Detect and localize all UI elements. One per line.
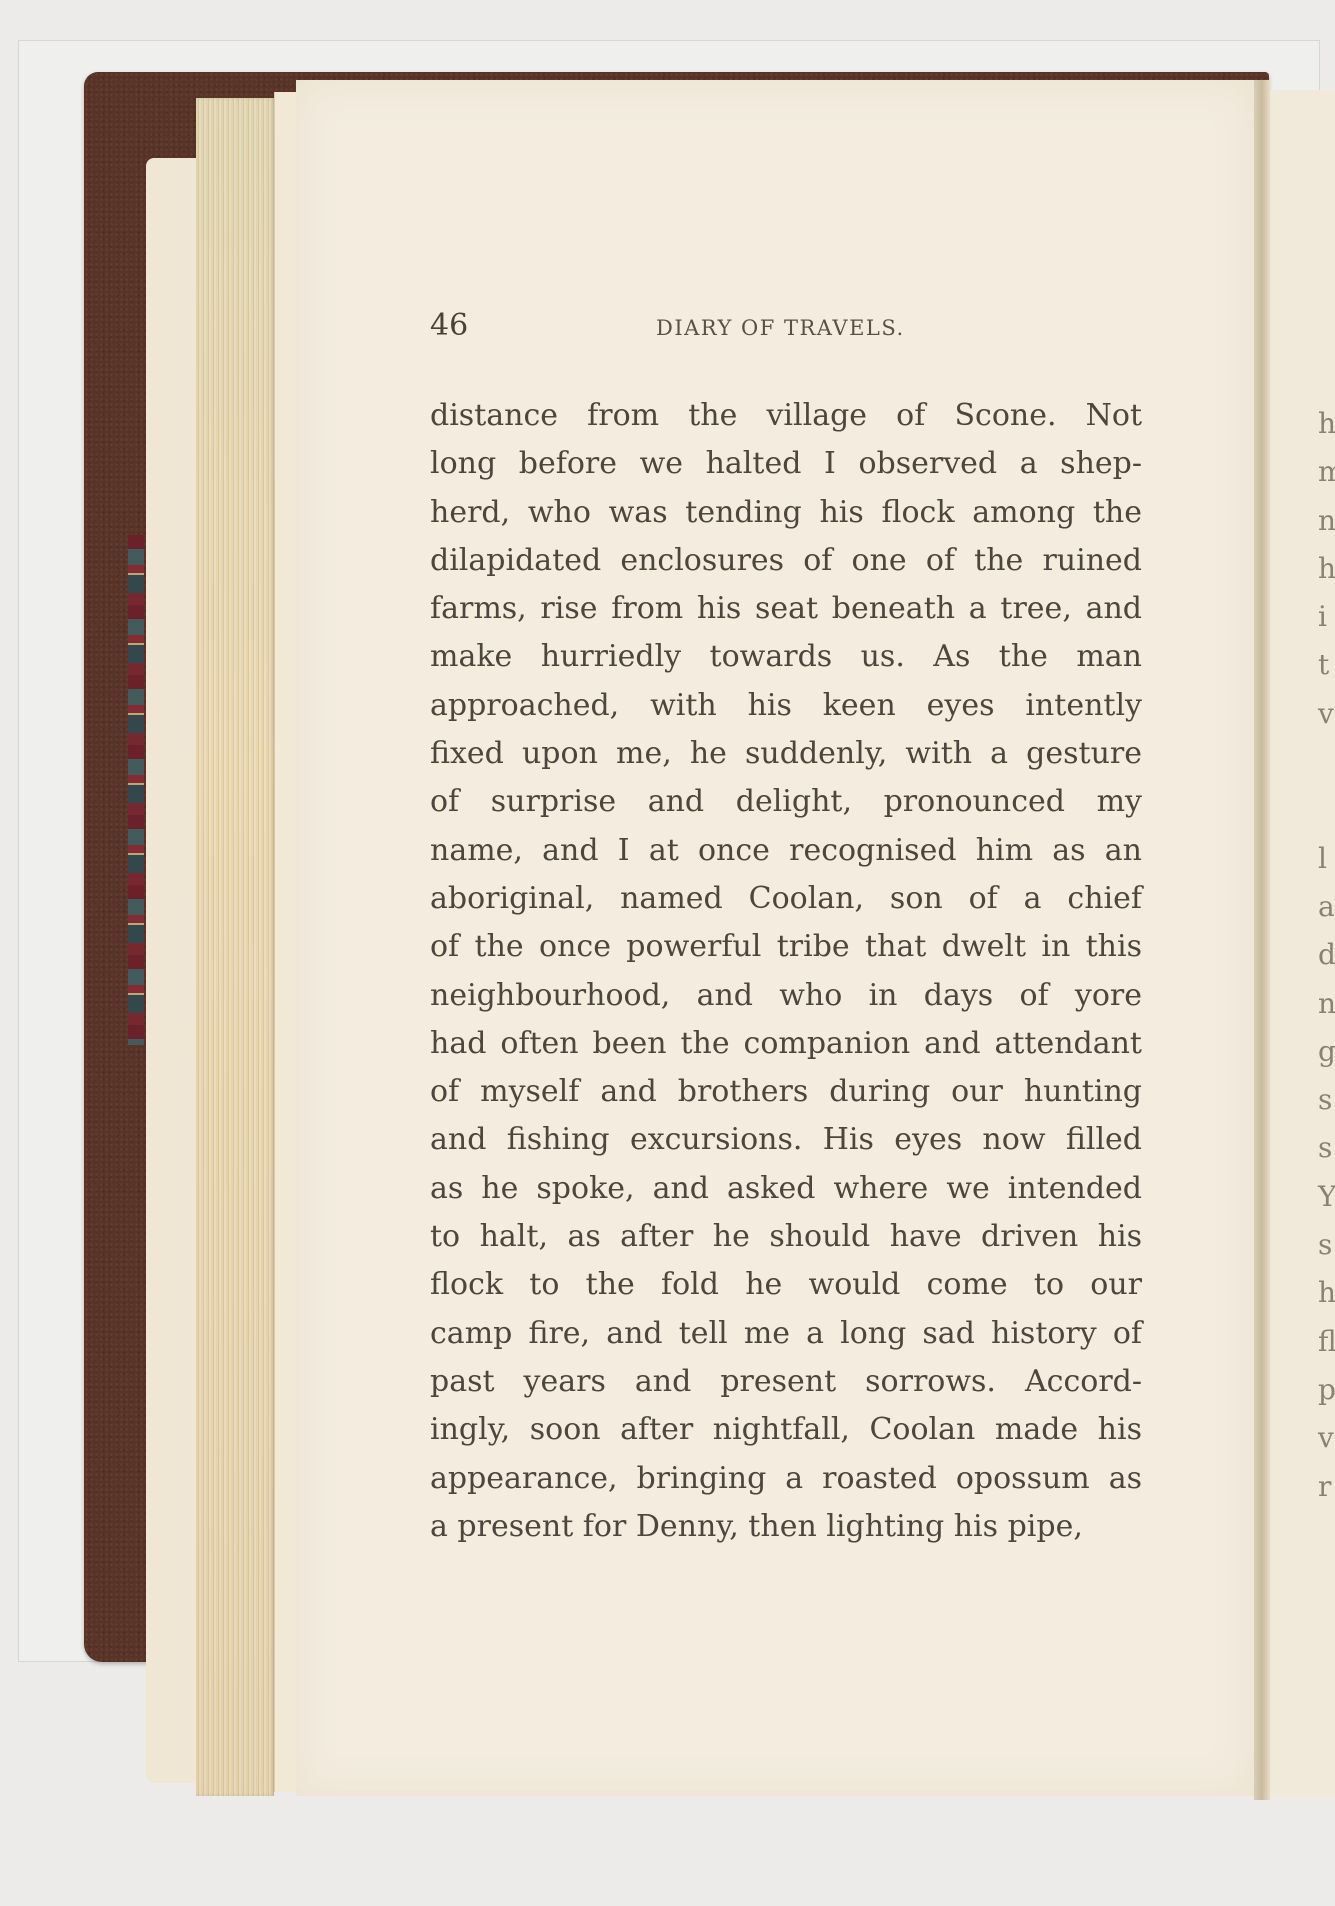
- page-number: 46: [430, 308, 468, 343]
- text-fragment: [1318, 786, 1335, 834]
- text-fragment: p: [1318, 1366, 1335, 1414]
- text-fragment: d: [1318, 931, 1335, 979]
- text-line: and fishing excursions. His eyes now fil…: [430, 1116, 1142, 1164]
- text-fragment: s: [1318, 1124, 1335, 1172]
- text-fragment: [1318, 738, 1335, 786]
- text-fragment: s: [1318, 1076, 1335, 1124]
- text-line: herd, who was tending his flock among th…: [430, 489, 1142, 537]
- text-line: aboriginal, named Coolan, son of a chief: [430, 875, 1142, 923]
- facing-page-text-fragments: h m n h i t v l a d n g s s Y s h fl p v…: [1318, 400, 1335, 1511]
- text-line: a present for Denny, then lighting his p…: [430, 1503, 1142, 1551]
- marbled-endpaper-strip: [128, 535, 144, 1045]
- text-line: flock to the fold he would come to our: [430, 1261, 1142, 1309]
- text-line: past years and present sorrows. Accord-: [430, 1358, 1142, 1406]
- text-fragment: i: [1318, 593, 1335, 641]
- text-line: of myself and brothers during our huntin…: [430, 1068, 1142, 1116]
- text-line: fixed upon me, he suddenly, with a gestu…: [430, 730, 1142, 778]
- text-fragment: h: [1318, 545, 1335, 593]
- text-line: had often been the companion and attenda…: [430, 1020, 1142, 1068]
- text-fragment: n: [1318, 497, 1335, 545]
- text-line: long before we halted I observed a shep-: [430, 440, 1142, 488]
- flyleaf: [274, 92, 297, 1792]
- text-line: approached, with his keen eyes intently: [430, 682, 1142, 730]
- text-fragment: g: [1318, 1028, 1335, 1076]
- text-fragment: n: [1318, 980, 1335, 1028]
- text-line: of surprise and delight, pronounced my: [430, 778, 1142, 826]
- text-fragment: a: [1318, 883, 1335, 931]
- text-line: to halt, as after he should have driven …: [430, 1213, 1142, 1261]
- text-fragment: fl: [1318, 1318, 1335, 1366]
- text-fragment: h: [1318, 400, 1335, 448]
- running-head: 46 DIARY OF TRAVELS.: [430, 308, 1150, 348]
- running-head-title: DIARY OF TRAVELS.: [656, 316, 905, 340]
- body-text: distance from the village of Scone. Not …: [430, 392, 1142, 1551]
- text-line: camp fire, and tell me a long sad histor…: [430, 1310, 1142, 1358]
- text-line: name, and I at once recognised him as an: [430, 827, 1142, 875]
- text-fragment: Y: [1318, 1173, 1335, 1221]
- text-fragment: h: [1318, 1269, 1335, 1317]
- text-line: as he spoke, and asked where we intended: [430, 1165, 1142, 1213]
- text-line: dilapidated enclosures of one of the rui…: [430, 537, 1142, 585]
- text-fragment: v: [1318, 1414, 1335, 1462]
- text-fragment: t: [1318, 641, 1335, 689]
- text-fragment: m: [1318, 448, 1335, 496]
- text-line: of the once powerful tribe that dwelt in…: [430, 923, 1142, 971]
- text-line: neighbourhood, and who in days of yore: [430, 972, 1142, 1020]
- text-line: make hurriedly towards us. As the man: [430, 633, 1142, 681]
- text-line: ingly, soon after nightfall, Coolan made…: [430, 1406, 1142, 1454]
- book-gutter: [1254, 80, 1270, 1800]
- text-line: appearance, bringing a roasted opossum a…: [430, 1455, 1142, 1503]
- text-line: distance from the village of Scone. Not: [430, 392, 1142, 440]
- text-fragment: r: [1318, 1463, 1335, 1511]
- text-fragment: v: [1318, 690, 1335, 738]
- text-fragment: l: [1318, 835, 1335, 883]
- text-fragment: s: [1318, 1221, 1335, 1269]
- text-line: farms, rise from his seat beneath a tree…: [430, 585, 1142, 633]
- endpaper: [146, 158, 202, 1783]
- page-edges: [196, 98, 274, 1796]
